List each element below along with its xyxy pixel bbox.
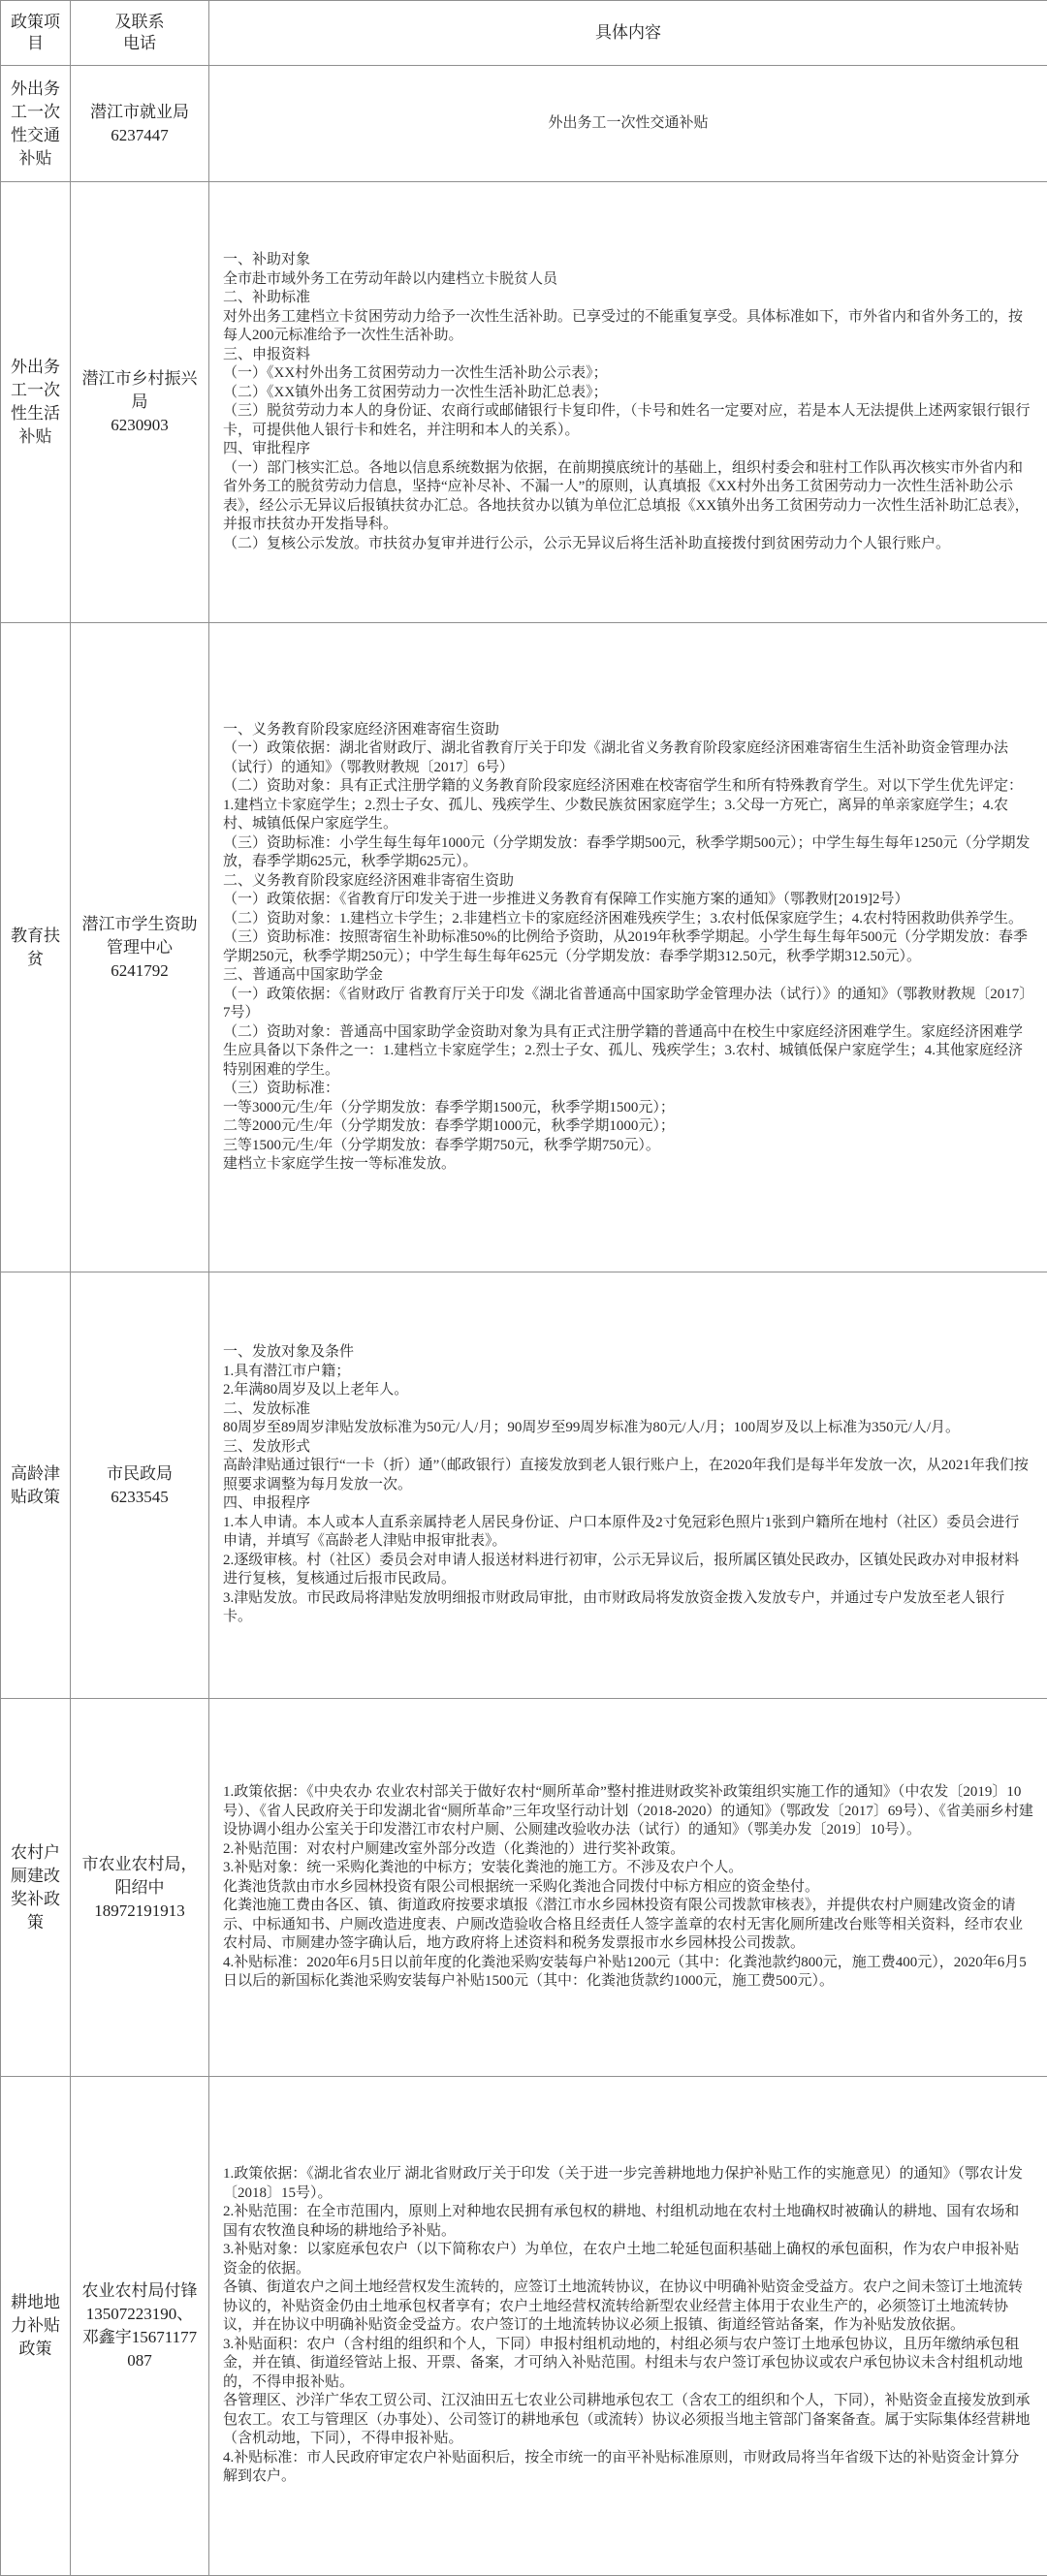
policy-table: 政策项 目 及联系 电话 具体内容 外出务工一次性交通补贴 潜江市就业局 623… — [0, 0, 1047, 2576]
policy-details-cell: 一、发放对象及条件 1.具有潜江市户籍； 2.年满80周岁及以上老年人。 二、发… — [209, 1272, 1047, 1699]
table-row: 教育扶贫 潜江市学生资助管理中心 6241792 一、义务教育阶段家庭经济困难寄… — [1, 623, 1047, 1272]
contact-phone-cell: 潜江市就业局 6237447 — [71, 66, 209, 182]
policy-details-cell: 一、义务教育阶段家庭经济困难寄宿生资助 （一）政策依据：湖北省财政厅、湖北省教育… — [209, 623, 1047, 1272]
table-row: 高龄津贴政策 市民政局 6233545 一、发放对象及条件 1.具有潜江市户籍；… — [1, 1272, 1047, 1699]
policy-name-cell: 外出务工一次性生活补贴 — [1, 182, 71, 623]
policy-name-cell: 教育扶贫 — [1, 623, 71, 1272]
contact-phone-cell: 潜江市学生资助管理中心 6241792 — [71, 623, 209, 1272]
header-row: 政策项 目 及联系 电话 具体内容 — [1, 1, 1047, 66]
policy-details-cell: 1.政策依据：《中央农办 农业农村部关于做好农村“厕所革命”整村推进财政奖补政策… — [209, 1699, 1047, 2077]
policy-details-cell: 一、补助对象 全市赴市域外务工在劳动年龄以内建档立卡脱贫人员 二、补助标准 对外… — [209, 182, 1047, 623]
table-header: 政策项 目 及联系 电话 具体内容 — [1, 1, 1047, 66]
policy-details-cell: 1.政策依据：《湖北省农业厅 湖北省财政厅关于印发（关于进一步完善耕地地力保护补… — [209, 2077, 1047, 2576]
table-row: 外出务工一次性生活补贴 潜江市乡村振兴局 6230903 一、补助对象 全市赴市… — [1, 182, 1047, 623]
policy-details-cell: 外出务工一次性交通补贴 — [209, 66, 1047, 182]
table-row: 外出务工一次性交通补贴 潜江市就业局 6237447 外出务工一次性交通补贴 — [1, 66, 1047, 182]
header-details: 具体内容 — [209, 1, 1047, 66]
table-row: 耕地地力补贴政策 农业农村局付锋13507223190、邓鑫宇156711770… — [1, 2077, 1047, 2576]
table-body: 外出务工一次性交通补贴 潜江市就业局 6237447 外出务工一次性交通补贴 外… — [1, 66, 1047, 2576]
header-policy-item: 政策项 目 — [1, 1, 71, 66]
contact-phone-cell: 市民政局 6233545 — [71, 1272, 209, 1699]
header-contact-phone: 及联系 电话 — [71, 1, 209, 66]
table-row: 农村户厕建改奖补政策 市农业农村局，阳绍中 18972191913 1.政策依据… — [1, 1699, 1047, 2077]
policy-name-cell: 外出务工一次性交通补贴 — [1, 66, 71, 182]
contact-phone-cell: 市农业农村局，阳绍中 18972191913 — [71, 1699, 209, 2077]
policy-name-cell: 耕地地力补贴政策 — [1, 2077, 71, 2576]
contact-phone-cell: 潜江市乡村振兴局 6230903 — [71, 182, 209, 623]
policy-name-cell: 高龄津贴政策 — [1, 1272, 71, 1699]
contact-phone-cell: 农业农村局付锋13507223190、邓鑫宇15671177087 — [71, 2077, 209, 2576]
policy-name-cell: 农村户厕建改奖补政策 — [1, 1699, 71, 2077]
